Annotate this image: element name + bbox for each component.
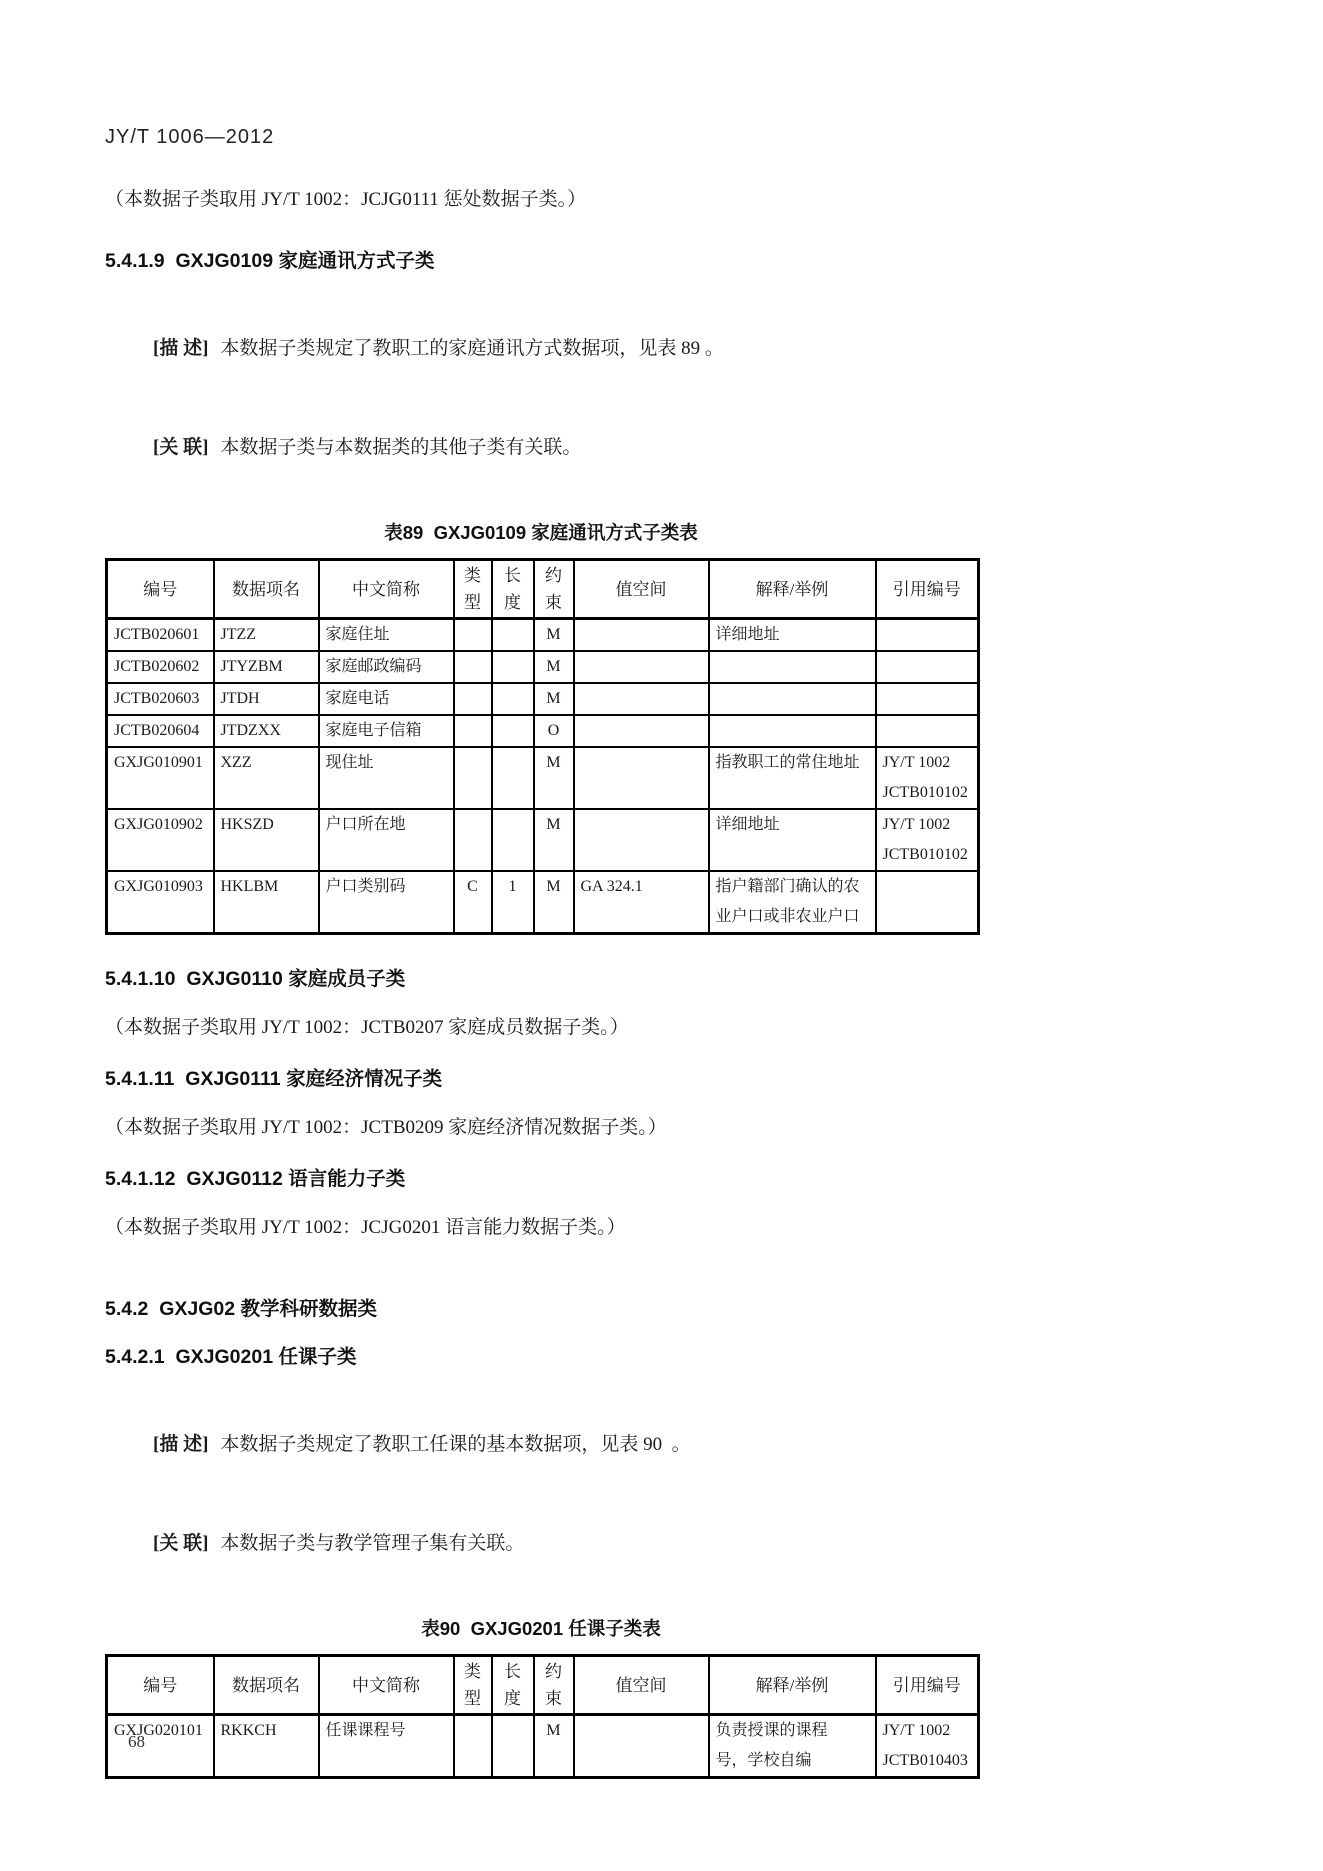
table-cell: M — [534, 747, 574, 809]
table-cell: 负责授课的课程 号，学校自编 — [709, 1715, 876, 1778]
table-cell: 现住址 — [319, 747, 454, 809]
table-cell: JCTB020604 — [107, 715, 214, 747]
table-cell — [454, 683, 492, 715]
col-header-dataitem: 数据项名 — [214, 560, 319, 619]
table-cell — [454, 715, 492, 747]
table-cell: 家庭邮政编码 — [319, 651, 454, 683]
table-cell — [492, 747, 534, 809]
col-header-cnname: 中文简称 — [319, 1656, 454, 1715]
table-header-row: 编号 数据项名 中文简称 类 型 长 度 约 束 值空间 解释/举例 引用编号 — [107, 560, 979, 619]
table90-body: GXJG020101RKKCH任课课程号M负责授课的课程 号，学校自编JY/T … — [107, 1715, 979, 1778]
table-cell: JTDH — [214, 683, 319, 715]
table-cell — [454, 1715, 492, 1778]
table-cell: JCTB020603 — [107, 683, 214, 715]
col-header-constraint: 约 束 — [534, 560, 574, 619]
description-line: [描 述]本数据子类规定了教职工的家庭通讯方式数据项，见表 89 。 — [105, 299, 977, 398]
table-cell: GXJG010901 — [107, 747, 214, 809]
table-cell: JCTB020601 — [107, 619, 214, 652]
table-cell: M — [534, 619, 574, 652]
table-cell — [492, 715, 534, 747]
table-cell — [454, 747, 492, 809]
table-cell — [492, 651, 534, 683]
table-cell: GXJG010902 — [107, 809, 214, 871]
table-cell: 详细地址 — [709, 619, 876, 652]
col-header-length: 长 度 — [492, 1656, 534, 1715]
table89-body: JCTB020601JTZZ家庭住址M详细地址JCTB020602JTYZBM家… — [107, 619, 979, 934]
table-cell: XZZ — [214, 747, 319, 809]
table-cell: GXJG010903 — [107, 871, 214, 934]
table-cell — [574, 715, 709, 747]
table-cell: 指户籍部门确认的农业户口或非农业户口 — [709, 871, 876, 934]
document-page: JY/T 1006—2012 （本数据子类取用 JY/T 1002：JCJG01… — [0, 0, 1323, 1871]
section-heading-54112: 5.4.1.12 GXJG0112 语言能力子类 — [105, 1163, 977, 1191]
table-cell: JTZZ — [214, 619, 319, 652]
table-row: JCTB020604JTDZXX家庭电子信箱O — [107, 715, 979, 747]
relation-line: [关 联]本数据子类与本数据类的其他子类有关联。 — [105, 398, 977, 497]
table-cell: JTDZXX — [214, 715, 319, 747]
table-cell — [492, 809, 534, 871]
col-header-refcode: 引用编号 — [876, 560, 979, 619]
table-cell — [709, 651, 876, 683]
intro-note: （本数据子类取用 JY/T 1002：JCJG0111 惩处数据子类。） — [105, 185, 977, 215]
desc-block-5421: [描 述]本数据子类规定了教职工任课的基本数据项，见表 90 。 [关 联]本数… — [105, 1395, 977, 1593]
col-header-type: 类 型 — [454, 560, 492, 619]
table-cell — [876, 651, 979, 683]
col-header-type: 类 型 — [454, 1656, 492, 1715]
col-header-dataitem: 数据项名 — [214, 1656, 319, 1715]
table-cell — [709, 683, 876, 715]
table-cell: HKLBM — [214, 871, 319, 934]
col-header-bianhao: 编号 — [107, 560, 214, 619]
table-cell — [709, 715, 876, 747]
description-line: [描 述]本数据子类规定了教职工任课的基本数据项，见表 90 。 — [105, 1395, 977, 1494]
col-header-bianhao: 编号 — [107, 1656, 214, 1715]
table-cell: JY/T 1002 JCTB010102 — [876, 809, 979, 871]
table-cell: 户口类别码 — [319, 871, 454, 934]
table-cell: GA 324.1 — [574, 871, 709, 934]
col-header-explain: 解释/举例 — [709, 1656, 876, 1715]
table-cell: C — [454, 871, 492, 934]
table-cell: JY/T 1002 JCTB010102 — [876, 747, 979, 809]
col-header-explain: 解释/举例 — [709, 560, 876, 619]
col-header-length: 长 度 — [492, 560, 534, 619]
table-cell: 详细地址 — [709, 809, 876, 871]
table-cell: 任课课程号 — [319, 1715, 454, 1778]
table-cell — [876, 715, 979, 747]
desc-text: 本数据子类规定了教职工任课的基本数据项，见表 90 。 — [220, 1434, 690, 1455]
table-row: GXJG020101RKKCH任课课程号M负责授课的课程 号，学校自编JY/T … — [107, 1715, 979, 1778]
desc-text: 本数据子类规定了教职工的家庭通讯方式数据项，见表 89 。 — [220, 338, 724, 359]
table-row: GXJG010903HKLBM户口类别码C1MGA 324.1指户籍部门确认的农… — [107, 871, 979, 934]
table-90: 编号 数据项名 中文简称 类 型 长 度 约 束 值空间 解释/举例 引用编号 … — [105, 1654, 980, 1779]
col-header-valuespace: 值空间 — [574, 1656, 709, 1715]
table-cell: 1 — [492, 871, 534, 934]
table-cell: 指教职工的常住地址 — [709, 747, 876, 809]
table-cell — [492, 619, 534, 652]
table-cell: M — [534, 683, 574, 715]
section-heading-5421: 5.4.2.1 GXJG0201 任课子类 — [105, 1341, 977, 1369]
section-heading-54111: 5.4.1.11 GXJG0111 家庭经济情况子类 — [105, 1063, 977, 1091]
table-cell: M — [534, 651, 574, 683]
section-heading-542: 5.4.2 GXJG02 教学科研数据类 — [105, 1293, 977, 1321]
table-cell — [574, 809, 709, 871]
table-cell: 户口所在地 — [319, 809, 454, 871]
col-header-refcode: 引用编号 — [876, 1656, 979, 1715]
table90-caption: 表90 GXJG0201 任课子类表 — [105, 1615, 977, 1641]
note-54110: （本数据子类取用 JY/T 1002：JCTB0207 家庭成员数据子类。） — [105, 1013, 977, 1043]
table-cell — [574, 619, 709, 652]
table-cell — [492, 683, 534, 715]
table-cell: M — [534, 809, 574, 871]
relation-line: [关 联]本数据子类与教学管理子集有关联。 — [105, 1494, 977, 1593]
table-cell: RKKCH — [214, 1715, 319, 1778]
table-89: 编号 数据项名 中文简称 类 型 长 度 约 束 值空间 解释/举例 引用编号 … — [105, 558, 980, 935]
table-cell — [876, 619, 979, 652]
table-cell — [574, 1715, 709, 1778]
relation-label: [关 联] — [153, 1533, 208, 1554]
table-cell: JY/T 1002 JCTB010403 — [876, 1715, 979, 1778]
desc-block-5419: [描 述]本数据子类规定了教职工的家庭通讯方式数据项，见表 89 。 [关 联]… — [105, 299, 977, 497]
table-cell — [574, 651, 709, 683]
table-cell: M — [534, 871, 574, 934]
table-cell: JCTB020602 — [107, 651, 214, 683]
table-row: JCTB020603JTDH家庭电话M — [107, 683, 979, 715]
table89-header: 编号 数据项名 中文简称 类 型 长 度 约 束 值空间 解释/举例 引用编号 — [107, 560, 979, 619]
table-cell — [492, 1715, 534, 1778]
page-content: JY/T 1006—2012 （本数据子类取用 JY/T 1002：JCJG01… — [105, 0, 977, 1779]
relation-label: [关 联] — [153, 437, 208, 458]
table-cell: 家庭住址 — [319, 619, 454, 652]
col-header-valuespace: 值空间 — [574, 560, 709, 619]
table-cell — [876, 683, 979, 715]
table-cell — [574, 683, 709, 715]
col-header-cnname: 中文简称 — [319, 560, 454, 619]
table90-header: 编号 数据项名 中文简称 类 型 长 度 约 束 值空间 解释/举例 引用编号 — [107, 1656, 979, 1715]
table89-caption: 表89 GXJG0109 家庭通讯方式子类表 — [105, 519, 977, 545]
note-54111: （本数据子类取用 JY/T 1002：JCTB0209 家庭经济情况数据子类。） — [105, 1113, 977, 1143]
table-cell: 家庭电子信箱 — [319, 715, 454, 747]
table-cell: O — [534, 715, 574, 747]
table-row: GXJG010901XZZ现住址M指教职工的常住地址JY/T 1002 JCTB… — [107, 747, 979, 809]
table-cell: GXJG020101 — [107, 1715, 214, 1778]
desc-label: [描 述] — [153, 1434, 208, 1455]
table-cell — [454, 619, 492, 652]
table-cell — [454, 809, 492, 871]
note-54112: （本数据子类取用 JY/T 1002：JCJG0201 语言能力数据子类。） — [105, 1213, 977, 1243]
section-heading-5419: 5.4.1.9 GXJG0109 家庭通讯方式子类 — [105, 245, 977, 273]
table-cell — [574, 747, 709, 809]
table-cell — [876, 871, 979, 934]
relation-text: 本数据子类与本数据类的其他子类有关联。 — [220, 437, 581, 458]
table-row: GXJG010902HKSZD户口所在地M详细地址JY/T 1002 JCTB0… — [107, 809, 979, 871]
table-row: JCTB020602JTYZBM家庭邮政编码M — [107, 651, 979, 683]
doc-code-header: JY/T 1006—2012 — [105, 126, 977, 149]
desc-label: [描 述] — [153, 338, 208, 359]
table-cell: M — [534, 1715, 574, 1778]
col-header-constraint: 约 束 — [534, 1656, 574, 1715]
section-heading-54110: 5.4.1.10 GXJG0110 家庭成员子类 — [105, 963, 977, 991]
table-cell — [454, 651, 492, 683]
relation-text: 本数据子类与教学管理子集有关联。 — [220, 1533, 524, 1554]
table-cell: JTYZBM — [214, 651, 319, 683]
page-number: 68 — [128, 1732, 145, 1752]
table-row: JCTB020601JTZZ家庭住址M详细地址 — [107, 619, 979, 652]
table-cell: HKSZD — [214, 809, 319, 871]
table-cell: 家庭电话 — [319, 683, 454, 715]
table-header-row: 编号 数据项名 中文简称 类 型 长 度 约 束 值空间 解释/举例 引用编号 — [107, 1656, 979, 1715]
